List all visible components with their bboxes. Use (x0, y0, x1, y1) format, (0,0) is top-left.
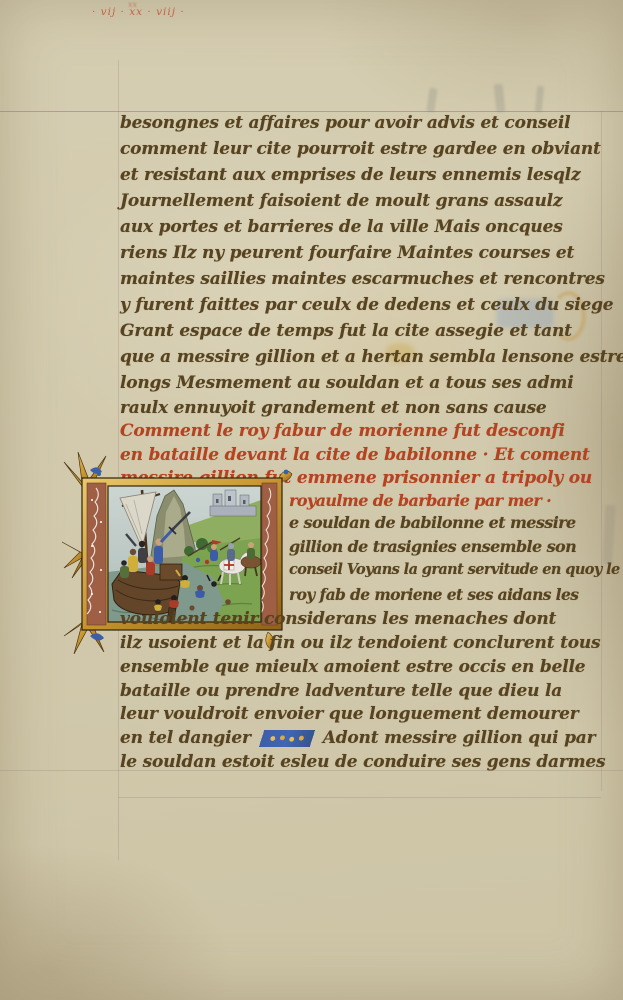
text-line: que a messire gillion et a hertan sembla… (120, 347, 606, 367)
text-line-with-filler: en tel dangier Adont messire gillion qui… (120, 728, 606, 748)
thorn-flourish-mid-left (62, 542, 84, 578)
manuscript-page: xx · vij · xx · viij · besongnes et affa… (0, 0, 623, 1000)
text-line: Grant espace de temps fut la cite assegi… (120, 321, 606, 341)
text-line: raulx ennuyoit grandement et non sans ca… (120, 398, 606, 418)
text-line: y furent faittes par ceulx de dedens et … (120, 295, 606, 315)
text-line-beside-miniature: roy fab de moriene et ses aidans les (289, 585, 603, 604)
text-line-beside-miniature: e souldan de babilonne et messire (289, 513, 603, 532)
rubric-line: Comment le roy fabur de morienne fut des… (120, 421, 606, 441)
text-line: comment leur cite pourroit estre gardee … (120, 139, 606, 159)
rubric-line-beside-miniature: royaulme de barbarie par mer · (289, 491, 603, 510)
show-through-marks (494, 84, 506, 113)
rider-blue (210, 544, 218, 561)
text-line: et resistant aux emprises de leurs ennem… (120, 165, 606, 185)
text-line: riens Ilz ny peurent fourfaire Maintes c… (120, 243, 606, 263)
text-line: leur vouldroit envoier que longuement de… (120, 704, 606, 724)
text-line: le souldan estoit esleu de conduire ses … (120, 752, 606, 772)
text-line-beside-miniature: conseil Voyans la grant servitude en quo… (289, 561, 603, 578)
text-line: vouloient tenir considerans les menaches… (120, 609, 606, 629)
bush (184, 546, 194, 556)
text-line: Journellement faisoient de moult grans a… (120, 191, 606, 211)
text-line: longs Mesmement au souldan et a tous ses… (120, 373, 606, 393)
text-line: ilz usoient et la fin ou ilz tendoient c… (120, 633, 606, 653)
ruling-line-bottom2 (118, 797, 601, 798)
ruling-line-top (0, 111, 623, 112)
show-through-marks (602, 505, 615, 565)
line-filler-ornament (256, 730, 318, 747)
text-line: aux portes et barrieres de la ville Mais… (120, 217, 606, 237)
text-line: bataille ou prendre ladventure telle que… (120, 681, 606, 701)
filigree-bar-right (260, 483, 277, 625)
text-segment: Adont messire gillion qui par (323, 728, 596, 748)
text-line: maintes saillies maintes escarmuches et … (120, 269, 606, 289)
filigree-bar-left (87, 483, 106, 625)
folio-inscription: · vij · xx · viij · (92, 6, 185, 18)
show-through-marks (426, 88, 437, 113)
text-line-beside-miniature: gillion de trasignies ensemble son (289, 537, 603, 556)
show-through-marks (535, 86, 544, 113)
text-line: ensemble que mieulx amoient estre occis … (120, 657, 606, 677)
text-segment: en tel dangier (120, 728, 251, 748)
text-line: besongnes et affaires pour avoir advis e… (120, 113, 606, 133)
